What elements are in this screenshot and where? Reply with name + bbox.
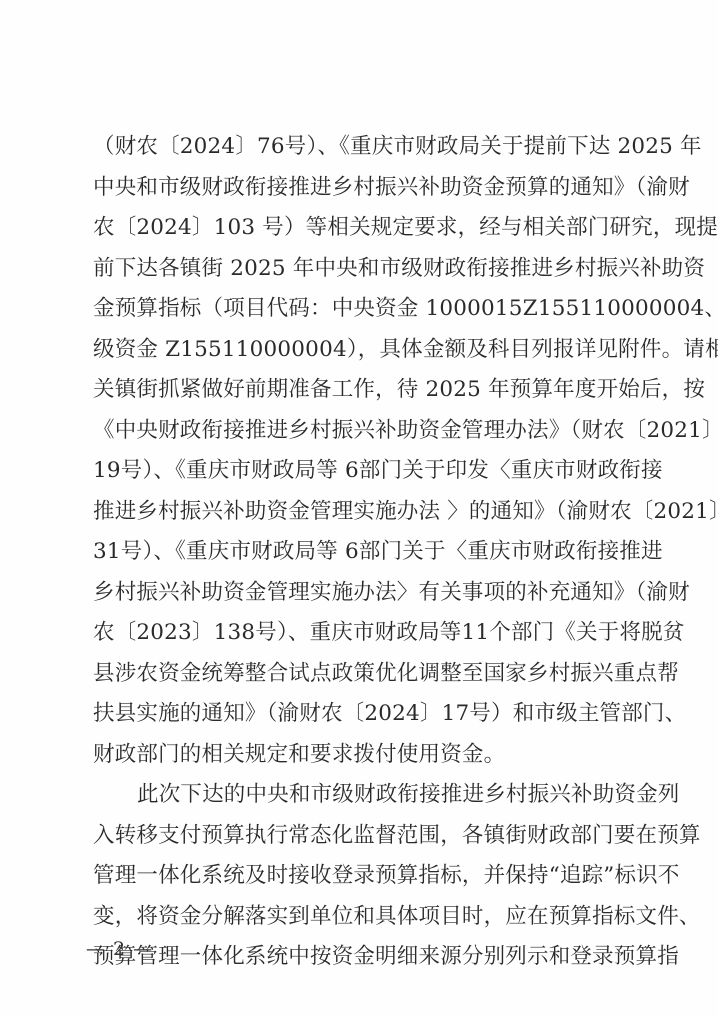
text-line: 入转移支付预算执行常态化监督范围，各镇街财政部门要在预算 <box>93 816 623 857</box>
text-line: 前下达各镇街 2025 年中央和市级财政衔接推进乡村振兴补助资 <box>93 249 623 290</box>
text-line: 农〔2023〕138号）、重庆市财政局等11个部门《关于将脱贫 <box>93 613 623 654</box>
text-line: 中央和市级财政衔接推进乡村振兴补助资金预算的通知》（渝财 <box>93 168 623 209</box>
text-line: 《中央财政衔接推进乡村振兴补助资金管理办法》（财农〔2021〕 <box>93 411 623 452</box>
paragraph-2: 此次下达的中央和市级财政衔接推进乡村振兴补助资金列 入转移支付预算执行常态化监督… <box>93 775 623 978</box>
text-line: 关镇街抓紧做好前期准备工作，待 2025 年预算年度开始后，按 <box>93 370 623 411</box>
text-line: 金预算指标（项目代码：中央资金 1000015Z155110000004、市 <box>93 289 623 330</box>
text-line: 变，将资金分解落实到单位和具体项目时，应在预算指标文件、 <box>93 897 623 938</box>
text-line: 扶县实施的通知》（渝财农〔2024〕17号）和市级主管部门、 <box>93 694 623 735</box>
text-line: 此次下达的中央和市级财政衔接推进乡村振兴补助资金列 <box>93 775 623 816</box>
text-line: 乡村振兴补助资金管理实施办法〉有关事项的补充通知》（渝财 <box>93 573 623 614</box>
text-line: （财农〔2024〕76号）、《重庆市财政局关于提前下达 2025 年 <box>93 127 623 168</box>
text-line: 推进乡村振兴补助资金管理实施办法 〉的通知》（渝财农〔2021〕 <box>93 492 623 533</box>
paragraph-1: （财农〔2024〕76号）、《重庆市财政局关于提前下达 2025 年 中央和市级… <box>93 127 623 775</box>
text-line: 财政部门的相关规定和要求拨付使用资金。 <box>93 735 623 776</box>
text-line: 管理一体化系统及时接收登录预算指标，并保持“追踪”标识不 <box>93 856 623 897</box>
text-line: 县涉农资金统筹整合试点政策优化调整至国家乡村振兴重点帮 <box>93 654 623 695</box>
text-line: 19号）、《重庆市财政局等 6部门关于印发〈重庆市财政衔接 <box>93 451 623 492</box>
document-body: （财农〔2024〕76号）、《重庆市财政局关于提前下达 2025 年 中央和市级… <box>93 127 623 978</box>
document-page: （财农〔2024〕76号）、《重庆市财政局关于提前下达 2025 年 中央和市级… <box>0 0 718 1016</box>
text-line: 31号）、《重庆市财政局等 6部门关于〈重庆市财政衔接推进 <box>93 532 623 573</box>
text-line: 预算管理一体化系统中按资金明细来源分别列示和登录预算指 <box>93 937 623 978</box>
text-line: 农〔2024〕103 号）等相关规定要求，经与相关部门研究，现提 <box>93 208 623 249</box>
page-number: — 2 — <box>86 938 153 960</box>
text-line: 级资金 Z155110000004），具体金额及科目列报详见附件。请相 <box>93 330 623 371</box>
